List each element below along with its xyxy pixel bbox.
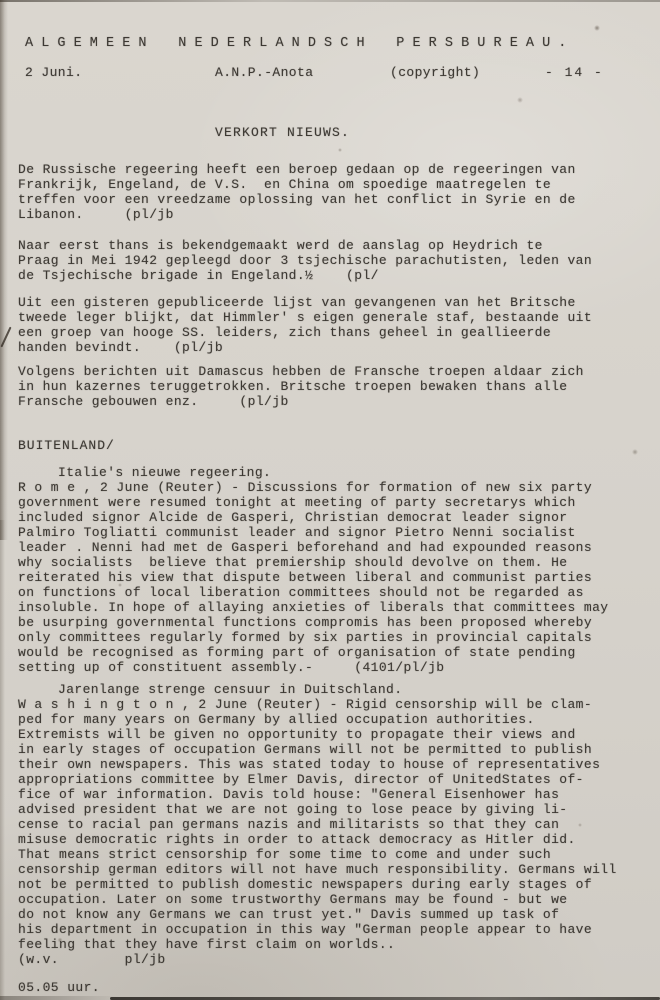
dateline-copyright: (copyright) — [390, 65, 480, 80]
dateline-date: 2 Juni. — [25, 65, 82, 80]
article-headline-germany-censorship: Jarenlange strenge censuur in Duitschlan… — [58, 682, 646, 697]
news-item-heydrich: Naar eerst thans is bekendgemaakt werd d… — [18, 238, 646, 283]
scanned-press-bulletin-page: { "colors": { "paper": "#d7d3cc", "ink":… — [0, 0, 660, 1000]
masthead-title: ALGEMEEN NEDERLANDSCH PERSBUREAU. — [25, 36, 646, 51]
scan-edge-bottom-left — [0, 996, 120, 1000]
dateline-agency: A.N.P.-Anota — [215, 65, 313, 80]
section-title-verkort-nieuws: VERKORT NIEUWS. — [215, 125, 646, 140]
dateline-row: 2 Juni. A.N.P.-Anota (copyright) - 14 - — [18, 65, 646, 81]
news-item-syria-appeal: De Russische regeering heeft een beroep … — [18, 162, 646, 222]
article-body-washington-reuter: W a s h i n g t o n , 2 June (Reuter) - … — [18, 697, 646, 967]
page-number: - 14 - — [545, 65, 604, 80]
section-label-buitenland: BUITENLAND/ — [18, 438, 646, 453]
news-item-himmler-staff: Uit een gisteren gepubliceerde lijst van… — [18, 295, 646, 355]
article-body-rome-reuter: R o m e , 2 June (Reuter) - Discussions … — [18, 480, 646, 675]
news-item-damascus: Volgens berichten uit Damascus hebben de… — [18, 364, 646, 409]
scan-edge-top — [0, 0, 660, 2]
footer-timestamp: 05.05 uur. — [18, 980, 646, 995]
article-headline-italy-government: Italie's nieuwe regeering. — [58, 465, 646, 480]
document-content: ALGEMEEN NEDERLANDSCH PERSBUREAU. 2 Juni… — [0, 36, 660, 995]
